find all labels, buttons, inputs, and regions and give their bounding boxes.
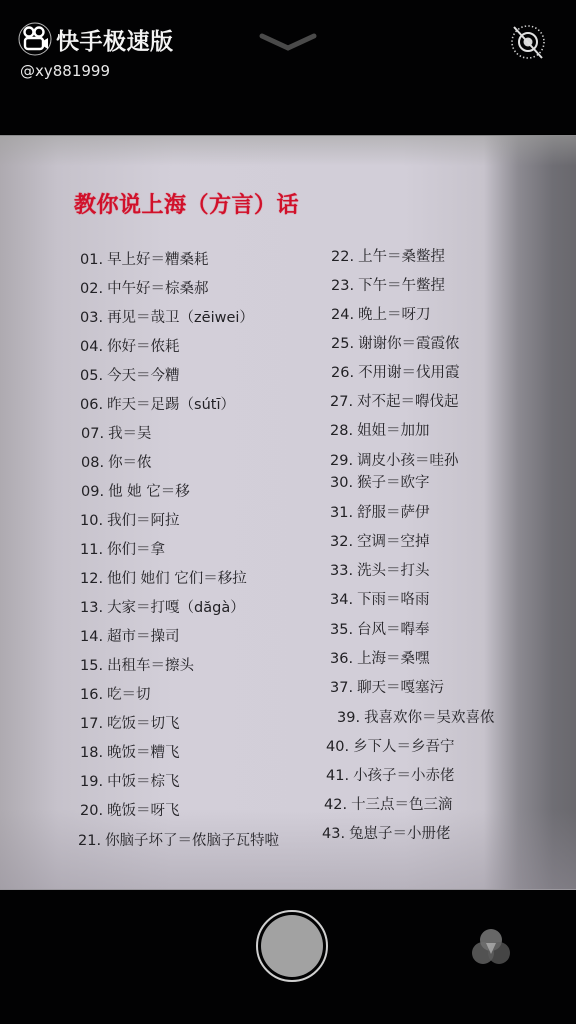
phrase-item: 40.乡下人＝乡吾宁 bbox=[326, 738, 455, 756]
phrase-item: 04.你好＝侬耗 bbox=[80, 338, 180, 356]
phrase-text: 你们＝拿 bbox=[107, 542, 165, 558]
phrase-item: 03.再见＝哉卫（zēiwei） bbox=[80, 309, 254, 327]
phrase-text: 舒服＝萨伊 bbox=[357, 505, 430, 521]
phrase-number: 01. bbox=[80, 252, 103, 268]
phrase-text: 昨天＝足踢（sútī） bbox=[107, 397, 235, 413]
phrase-item: 34.下雨＝咯雨 bbox=[330, 591, 430, 609]
phrase-text: 猴子＝欧字 bbox=[357, 475, 430, 491]
phrase-number: 16. bbox=[80, 687, 103, 703]
phrase-number: 20. bbox=[80, 803, 103, 819]
phrase-item: 42.十三点＝色三滴 bbox=[324, 796, 453, 814]
phrase-text: 今天＝今糟 bbox=[107, 368, 180, 384]
phrase-item: 36.上海＝桑嘿 bbox=[330, 650, 430, 668]
phrase-item: 08.你＝侬 bbox=[81, 454, 152, 472]
phrase-number: 22. bbox=[331, 249, 354, 265]
phrase-item: 17.吃饭＝切飞 bbox=[80, 715, 180, 733]
phrase-number: 24. bbox=[331, 307, 354, 323]
phrase-item: 35.台风＝嘚奉 bbox=[330, 621, 430, 639]
phrase-text: 我喜欢你＝吴欢喜侬 bbox=[364, 710, 495, 726]
phrase-text: 十三点＝色三滴 bbox=[351, 797, 453, 813]
phrase-item: 05.今天＝今糟 bbox=[80, 367, 180, 385]
phrase-number: 29. bbox=[330, 453, 353, 469]
sound-off-icon[interactable] bbox=[508, 22, 548, 62]
phrase-item: 16.吃＝切 bbox=[80, 686, 151, 704]
phrase-text: 上海＝桑嘿 bbox=[357, 651, 430, 667]
phrase-item: 22.上午＝桑鳖捏 bbox=[331, 248, 445, 266]
phrase-number: 42. bbox=[324, 797, 347, 813]
phrase-text: 中饭＝棕飞 bbox=[107, 774, 180, 790]
phrase-number: 35. bbox=[330, 622, 353, 638]
phrase-item: 32.空调＝空掉 bbox=[330, 533, 430, 551]
phrase-item: 19.中饭＝棕飞 bbox=[80, 773, 180, 791]
phrase-text: 你＝侬 bbox=[108, 455, 152, 471]
phrase-text: 你脑子坏了＝侬脑子瓦特啦 bbox=[105, 833, 279, 849]
phrase-number: 14. bbox=[80, 629, 103, 645]
phrase-number: 40. bbox=[326, 739, 349, 755]
phrase-number: 33. bbox=[330, 563, 353, 579]
phrase-item: 27.对不起＝嘚伐起 bbox=[330, 393, 459, 411]
top-bar: 快手极速版 @xy881999 bbox=[0, 0, 576, 134]
phrase-item: 10.我们＝阿拉 bbox=[80, 512, 180, 530]
phrase-item: 20.晚饭＝呀飞 bbox=[80, 802, 180, 820]
chevron-down-icon[interactable] bbox=[258, 30, 318, 54]
phrase-text: 他们 她们 它们＝移拉 bbox=[107, 571, 247, 587]
phrase-text: 晚饭＝呀飞 bbox=[107, 803, 180, 819]
phrase-item: 43.兔崽子＝小册佬 bbox=[322, 825, 451, 843]
phrase-text: 聊天＝嘎塞污 bbox=[357, 680, 444, 696]
phrase-number: 32. bbox=[330, 534, 353, 550]
phrase-item: 30.猴子＝欧字 bbox=[330, 474, 430, 492]
shutter-button[interactable] bbox=[256, 910, 328, 982]
phrase-item: 28.姐姐＝加加 bbox=[330, 422, 430, 440]
phrase-item: 33.洗头＝打头 bbox=[330, 562, 430, 580]
phrase-text: 调皮小孩＝哇孙 bbox=[357, 453, 459, 469]
phrase-number: 18. bbox=[80, 745, 103, 761]
phrase-item: 21.你脑子坏了＝侬脑子瓦特啦 bbox=[78, 832, 279, 850]
phrase-text: 不用谢＝伐用霞 bbox=[358, 365, 460, 381]
phrase-number: 30. bbox=[330, 475, 353, 491]
phrase-number: 37. bbox=[330, 680, 353, 696]
phrase-text: 晚上＝呀刀 bbox=[358, 307, 431, 323]
phrase-text: 吃＝切 bbox=[107, 687, 151, 703]
phrase-text: 小孩子＝小赤佬 bbox=[353, 768, 455, 784]
phrase-number: 08. bbox=[81, 455, 104, 471]
phrase-item: 06.昨天＝足踢（sútī） bbox=[80, 396, 235, 414]
phrase-number: 34. bbox=[330, 592, 353, 608]
phrase-number: 43. bbox=[322, 826, 345, 842]
phrase-text: 谢谢你＝霞霞侬 bbox=[358, 336, 460, 352]
phrase-item: 25.谢谢你＝霞霞侬 bbox=[331, 335, 460, 353]
document-photo: 教你说上海（方言）话 01.早上好＝糟桑耗02.中午好＝棕桑郝03.再见＝哉卫（… bbox=[0, 135, 576, 889]
phrase-text: 大家＝打嘎（dăgà） bbox=[107, 600, 245, 616]
shutter-button-icon bbox=[261, 915, 323, 977]
phrase-item: 11.你们＝拿 bbox=[80, 541, 165, 559]
phrase-item: 14.超市＝操司 bbox=[80, 628, 180, 646]
phrase-text: 吃饭＝切飞 bbox=[107, 716, 180, 732]
phrase-number: 39. bbox=[337, 710, 360, 726]
phrase-number: 31. bbox=[330, 505, 353, 521]
phrase-number: 26. bbox=[331, 365, 354, 381]
phrase-number: 03. bbox=[80, 310, 103, 326]
phrase-text: 我们＝阿拉 bbox=[107, 513, 180, 529]
phrase-number: 19. bbox=[80, 774, 103, 790]
phrase-number: 36. bbox=[330, 651, 353, 667]
phrase-item: 23.下午＝午鳖捏 bbox=[331, 277, 445, 295]
phrase-item: 13.大家＝打嘎（dăgà） bbox=[80, 599, 245, 617]
phrase-number: 15. bbox=[80, 658, 103, 674]
phrase-text: 洗头＝打头 bbox=[357, 563, 430, 579]
phrase-item: 02.中午好＝棕桑郝 bbox=[80, 280, 209, 298]
kuaishou-logo-icon[interactable] bbox=[18, 22, 52, 56]
phrase-item: 09.他 她 它＝移 bbox=[81, 483, 190, 501]
phrase-number: 23. bbox=[331, 278, 354, 294]
phrase-text: 乡下人＝乡吾宁 bbox=[353, 739, 455, 755]
phrase-item: 37.聊天＝嘎塞污 bbox=[330, 679, 444, 697]
phrase-text: 再见＝哉卫（zēiwei） bbox=[107, 310, 254, 326]
phrase-text: 超市＝操司 bbox=[107, 629, 180, 645]
user-handle[interactable]: @xy881999 bbox=[20, 62, 110, 80]
phrase-number: 10. bbox=[80, 513, 103, 529]
phrase-item: 15.出租车＝擦头 bbox=[80, 657, 194, 675]
phrase-item: 07.我＝吴 bbox=[81, 425, 152, 443]
phrase-number: 04. bbox=[80, 339, 103, 355]
phrase-number: 28. bbox=[330, 423, 353, 439]
phrase-item: 39.我喜欢你＝吴欢喜侬 bbox=[337, 709, 495, 727]
phrase-text: 空调＝空掉 bbox=[357, 534, 430, 550]
bottom-bar bbox=[0, 889, 576, 1024]
phrase-text: 你好＝侬耗 bbox=[107, 339, 180, 355]
phrase-text: 上午＝桑鳖捏 bbox=[358, 249, 445, 265]
phrase-item: 41.小孩子＝小赤佬 bbox=[326, 767, 455, 785]
phrase-text: 我＝吴 bbox=[108, 426, 152, 442]
phrase-text: 兔崽子＝小册佬 bbox=[349, 826, 451, 842]
phrase-text: 下午＝午鳖捏 bbox=[358, 278, 445, 294]
phrase-text: 台风＝嘚奉 bbox=[357, 622, 430, 638]
phrase-item: 31.舒服＝萨伊 bbox=[330, 504, 430, 522]
phrase-text: 对不起＝嘚伐起 bbox=[357, 394, 459, 410]
phrase-item: 01.早上好＝糟桑耗 bbox=[80, 251, 209, 269]
phrase-text: 早上好＝糟桑耗 bbox=[107, 252, 209, 268]
phrase-text: 姐姐＝加加 bbox=[357, 423, 430, 439]
document-title: 教你说上海（方言）话 bbox=[74, 188, 299, 219]
phrase-number: 27. bbox=[330, 394, 353, 410]
filter-icon[interactable] bbox=[466, 924, 516, 970]
paper-shade-top bbox=[0, 136, 576, 166]
phrase-number: 17. bbox=[80, 716, 103, 732]
phrase-number: 07. bbox=[81, 426, 104, 442]
phrase-number: 11. bbox=[80, 542, 103, 558]
phrase-number: 06. bbox=[80, 397, 103, 413]
phrase-text: 他 她 它＝移 bbox=[108, 484, 190, 500]
phrase-text: 中午好＝棕桑郝 bbox=[107, 281, 209, 297]
phrase-text: 下雨＝咯雨 bbox=[357, 592, 430, 608]
phrase-item: 24.晚上＝呀刀 bbox=[331, 306, 431, 324]
phrase-number: 21. bbox=[78, 833, 101, 849]
phrase-number: 13. bbox=[80, 600, 103, 616]
phrase-item: 29.调皮小孩＝哇孙 bbox=[330, 452, 459, 470]
phrase-number: 25. bbox=[331, 336, 354, 352]
phrase-number: 09. bbox=[81, 484, 104, 500]
phrase-item: 12.他们 她们 它们＝移拉 bbox=[80, 570, 247, 588]
phrase-item: 26.不用谢＝伐用霞 bbox=[331, 364, 460, 382]
phrase-number: 02. bbox=[80, 281, 103, 297]
phrase-text: 出租车＝擦头 bbox=[107, 658, 194, 674]
phrase-number: 05. bbox=[80, 368, 103, 384]
phrase-number: 41. bbox=[326, 768, 349, 784]
phrase-number: 12. bbox=[80, 571, 103, 587]
app-name: 快手极速版 bbox=[56, 23, 174, 56]
phrase-item: 18.晚饭＝糟飞 bbox=[80, 744, 180, 762]
phrase-text: 晚饭＝糟飞 bbox=[107, 745, 180, 761]
